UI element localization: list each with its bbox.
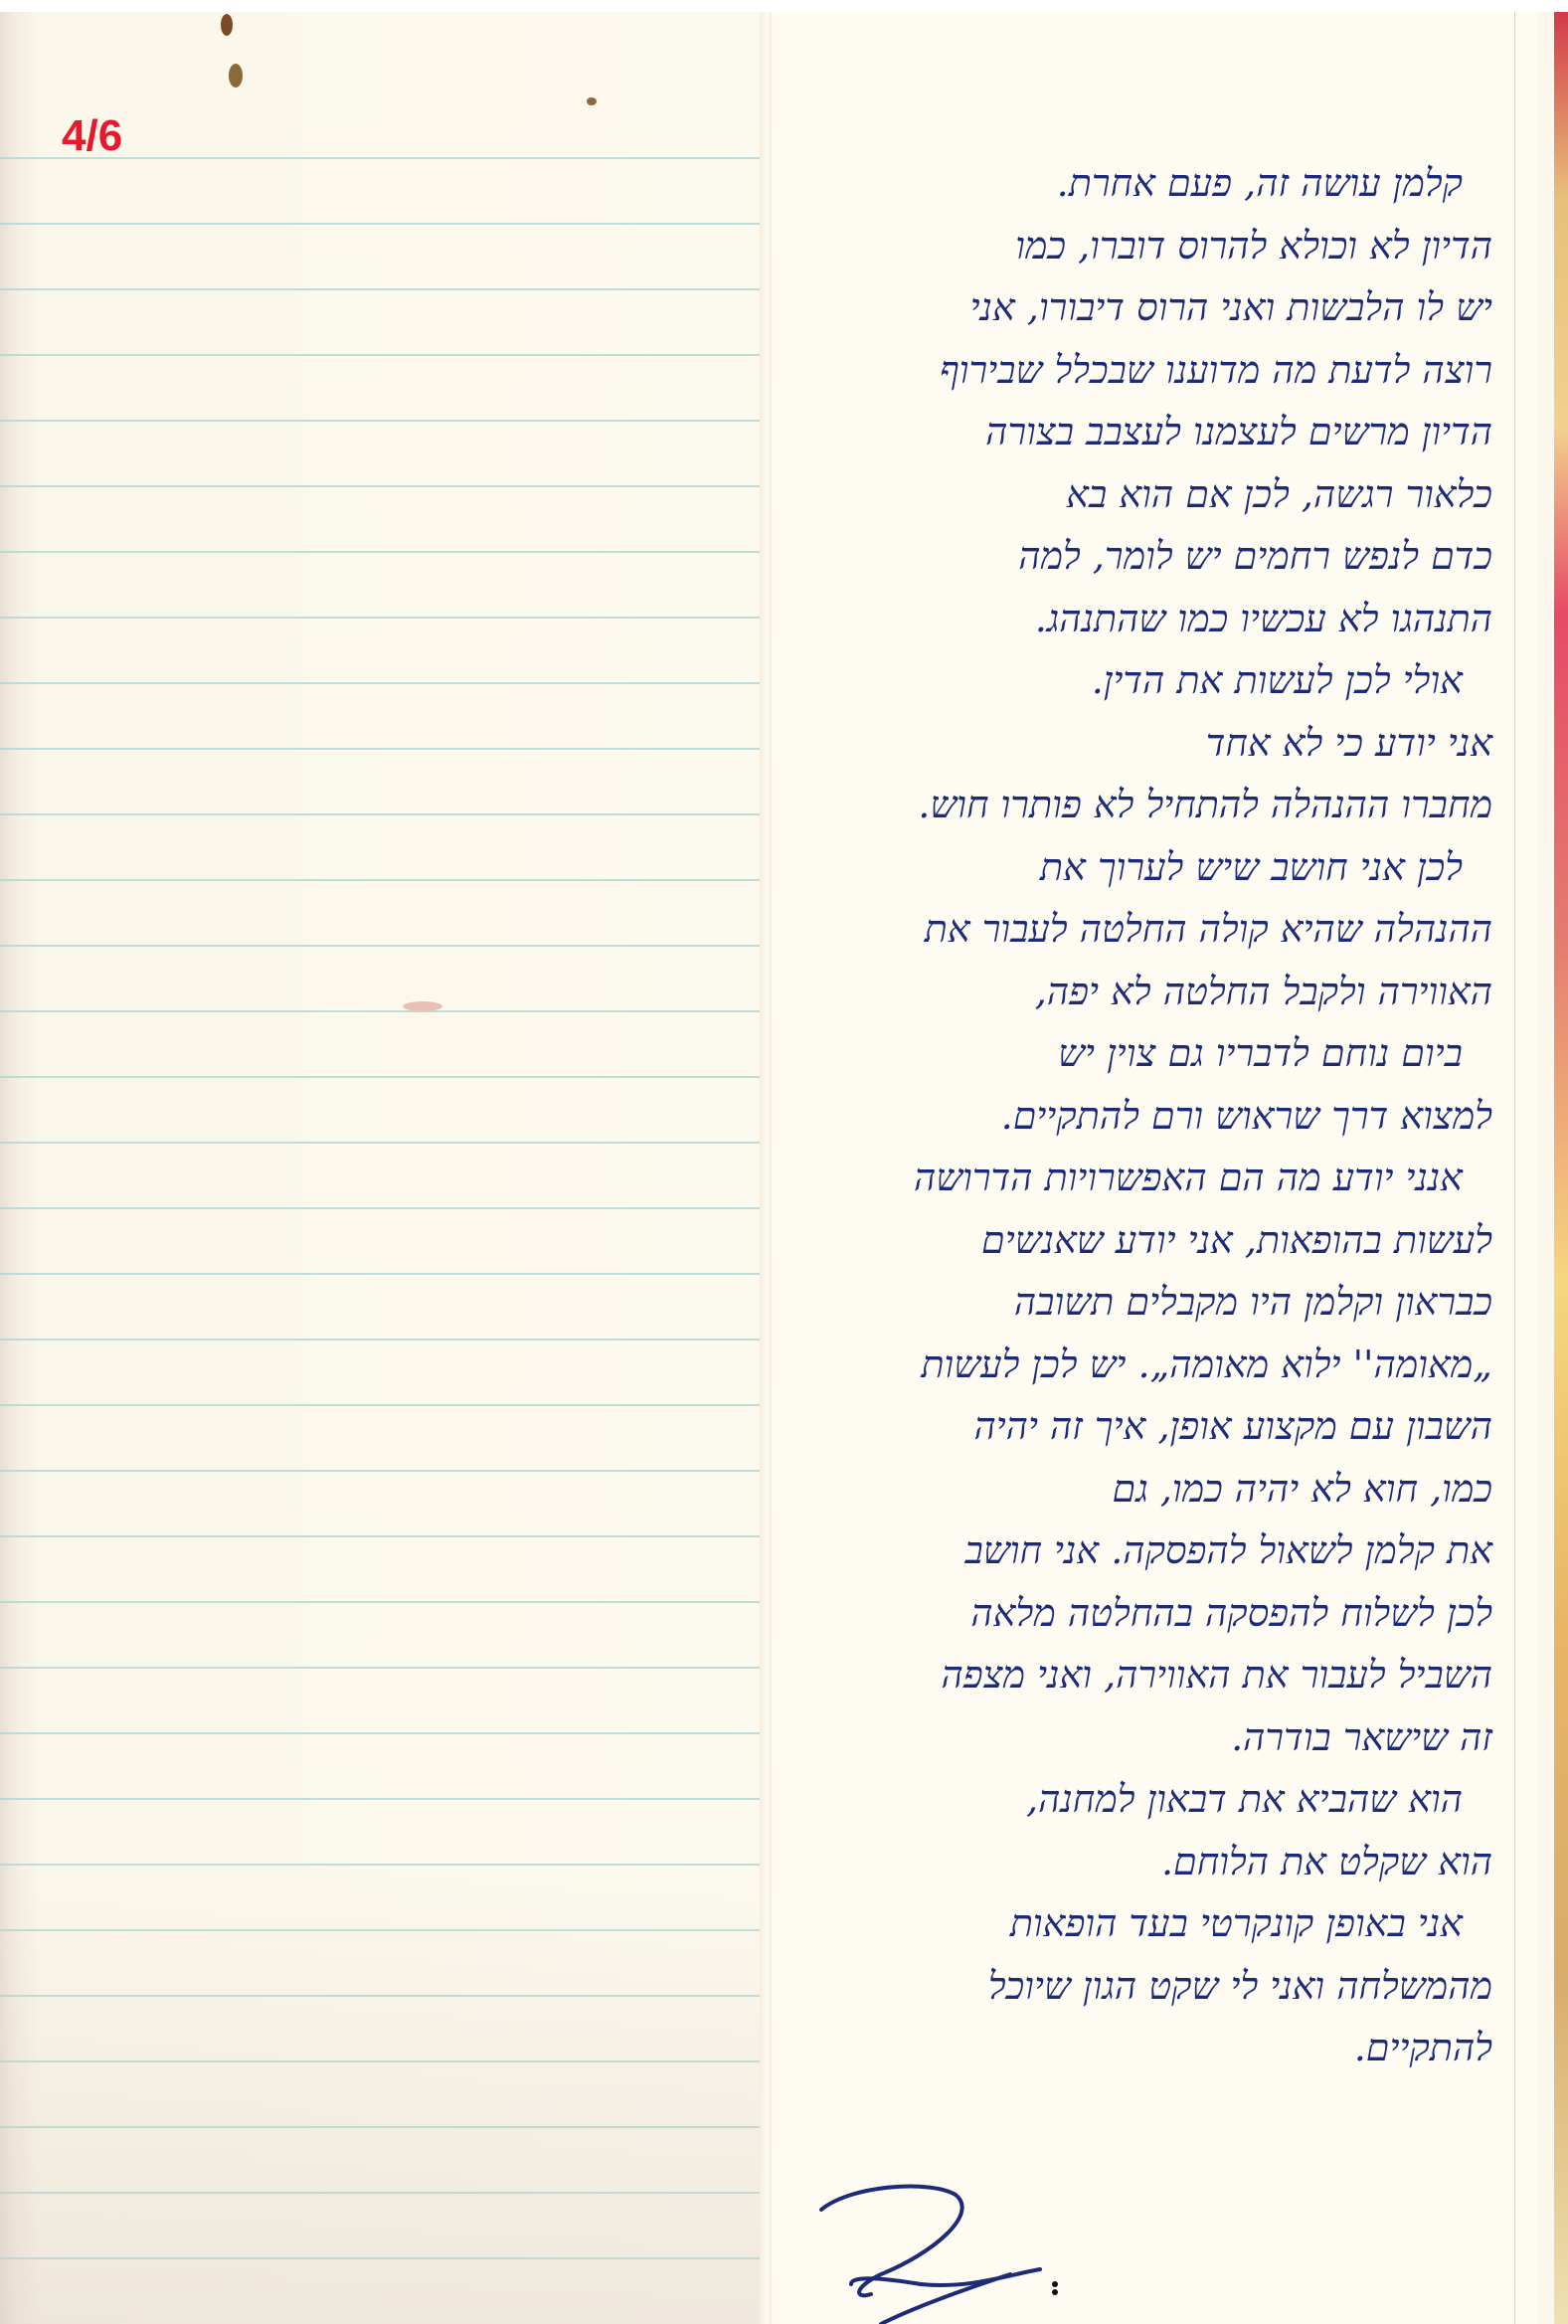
handwritten-line: קלמן עושה זה, פעם אחרת. bbox=[772, 161, 1463, 206]
handwritten-line: האווירה ולקבל החלטה לא יפה, bbox=[772, 970, 1492, 1014]
ruled-line bbox=[0, 1929, 766, 1931]
handwritten-line: אולי לכן לעשות את הדין. bbox=[772, 658, 1463, 703]
signature bbox=[811, 2165, 1070, 2324]
ruled-line bbox=[0, 1995, 766, 1997]
ruled-line bbox=[0, 813, 766, 815]
handwritten-line: הדיון לא וכולא להרוס דוברו, כמו bbox=[772, 224, 1492, 268]
handwritten-line: לכן אני חושב שיש לערוך את bbox=[772, 845, 1463, 890]
ruled-line bbox=[0, 617, 766, 619]
ruled-line bbox=[0, 748, 766, 750]
handwritten-line: רוצה לדעת מה מדוענו שבכלל שבירוף bbox=[772, 348, 1492, 393]
scanned-document: 4/6 קלמן עושה זה, פעם אחרת.הדיון לא וכול… bbox=[0, 12, 1568, 2324]
handwritten-line: הדיון מרשים לעצמנו לעצבב בצורה bbox=[772, 410, 1492, 454]
ruled-line bbox=[0, 682, 766, 684]
ruled-line bbox=[0, 1142, 766, 1144]
ruled-line bbox=[0, 945, 766, 947]
ruled-line bbox=[0, 1601, 766, 1603]
handwritten-line: התנהגו לא עכשיו כמו שהתנהג. bbox=[772, 597, 1492, 641]
handwritten-line: מחברו ההנהלה להתחיל לא פותרו חוש. bbox=[772, 783, 1492, 827]
ruled-line bbox=[0, 288, 766, 290]
page-margin-line bbox=[1514, 12, 1515, 2324]
handwritten-line: השביל לעבור את האווירה, ואני מצפה bbox=[772, 1653, 1492, 1698]
handwritten-line: כמו, חוא לא יהיה כמו, גם bbox=[772, 1467, 1492, 1512]
handwritten-line: להתקיים. bbox=[772, 2026, 1492, 2070]
ruled-line bbox=[0, 1339, 766, 1341]
ruled-line bbox=[0, 485, 766, 487]
ruled-line bbox=[0, 1076, 766, 1078]
stain bbox=[221, 14, 233, 36]
handwritten-line: כדם לנפש רחמים יש לומר, למה bbox=[772, 534, 1492, 579]
handwritten-line: מהמשלחה ואני לי שקט הגון שיוכל bbox=[772, 1964, 1492, 2009]
ruled-line bbox=[0, 1732, 766, 1734]
ruled-line bbox=[0, 2060, 766, 2062]
ruled-line bbox=[0, 354, 766, 356]
handwritten-line: אני יודע כי לא אחד bbox=[772, 721, 1492, 766]
ruled-line bbox=[0, 157, 766, 159]
handwritten-line: הוא שקלט את הלוחם. bbox=[772, 1840, 1492, 1884]
ruled-line bbox=[0, 551, 766, 553]
stain bbox=[229, 64, 243, 88]
handwritten-line: לכן לשלוח להפסקה בהחלטה מלאה bbox=[772, 1591, 1492, 1636]
ruled-line bbox=[0, 223, 766, 225]
handwritten-line: אנני יודע מה הם האפשרויות הדרושה bbox=[772, 1156, 1463, 1200]
ruled-line bbox=[0, 879, 766, 881]
ruled-line bbox=[0, 1404, 766, 1406]
handwritten-line: „מאומה'' ילוא מאומה„. יש לכן לעשות bbox=[772, 1342, 1492, 1387]
handwritten-line: כבראון וקלמן היו מקבלים תשובה bbox=[772, 1280, 1492, 1325]
ruled-line bbox=[0, 420, 766, 422]
colored-page-edge bbox=[1554, 12, 1568, 2324]
handwritten-line: זה שישאר בודרה. bbox=[772, 1715, 1492, 1760]
ruled-line bbox=[0, 1864, 766, 1866]
ruled-line bbox=[0, 1470, 766, 1472]
ruled-line bbox=[0, 1667, 766, 1669]
ruled-line bbox=[0, 1798, 766, 1800]
ruled-line bbox=[0, 1010, 766, 1012]
handwritten-line: כלאור רגשה, לכן אם הוא בא bbox=[772, 472, 1492, 517]
handwritten-line: לעשות בהופאות, אני יודע שאנשים bbox=[772, 1218, 1492, 1263]
ruled-line bbox=[0, 1273, 766, 1275]
page-number-label: 4/6 bbox=[62, 111, 122, 161]
ruled-line bbox=[0, 2192, 766, 2194]
stain bbox=[403, 1001, 442, 1011]
handwritten-line: את קלמן לשאול להפסקה. אני חושב bbox=[772, 1528, 1492, 1573]
handwritten-line: אני באופן קונקרטי בעד הופאות bbox=[772, 1901, 1463, 1946]
left-page: 4/6 bbox=[0, 12, 766, 2324]
ruled-line bbox=[0, 1535, 766, 1537]
handwritten-line: הוא שהביא את דבאון למחנה, bbox=[772, 1777, 1463, 1822]
ruled-line bbox=[0, 2126, 766, 2128]
handwritten-line: ביום נוחם לדבריו גם צוין יש bbox=[772, 1031, 1463, 1076]
ruled-line bbox=[0, 2257, 766, 2259]
stain bbox=[587, 97, 597, 105]
handwritten-line: השבון עם מקצוע אופן, איך זה יהיה bbox=[772, 1404, 1492, 1449]
handwritten-line: למצוא דרך שראוש ורם להתקיים. bbox=[772, 1094, 1492, 1139]
ruled-line bbox=[0, 1207, 766, 1209]
handwritten-line: ההנהלה שהיא קולה החלטה לעבור את bbox=[772, 907, 1492, 952]
right-page: קלמן עושה זה, פעם אחרת.הדיון לא וכולא לה… bbox=[772, 12, 1537, 2324]
handwritten-line: יש לו הלבשות ואני הרוס דיבורו, אני bbox=[772, 285, 1492, 330]
